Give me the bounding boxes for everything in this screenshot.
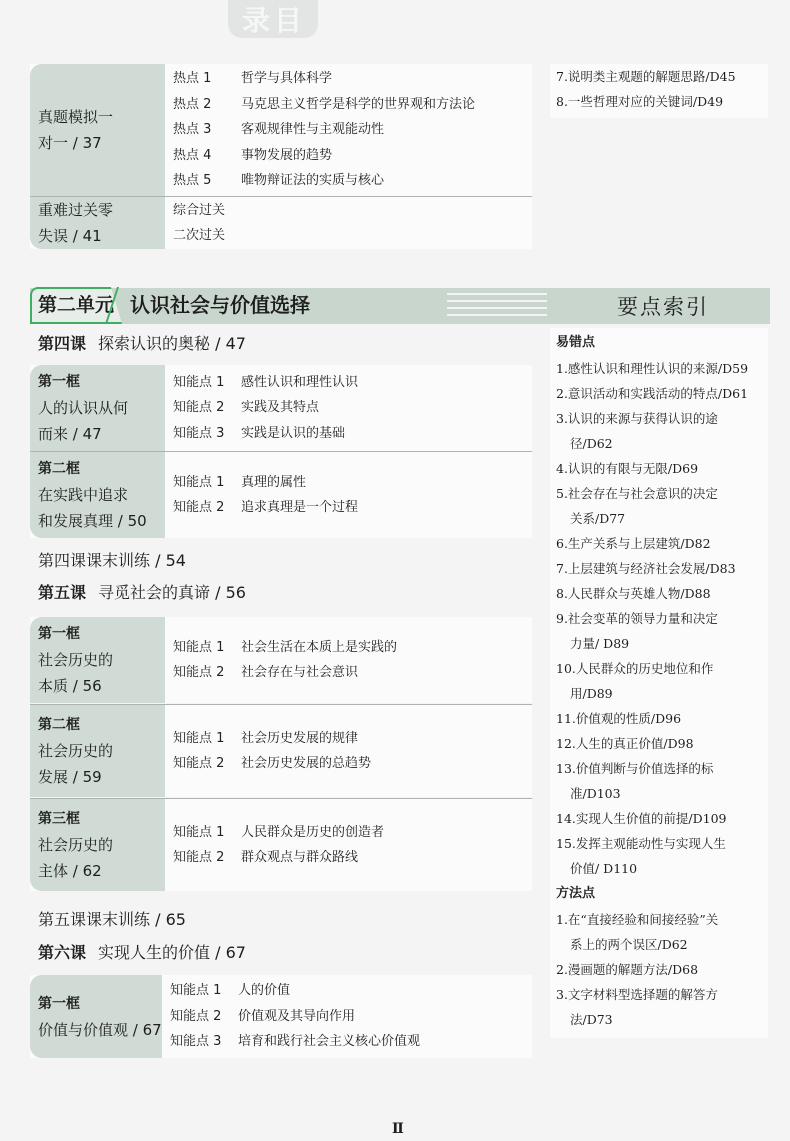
block-side: 重难过关零 失误 / 41 (30, 197, 165, 249)
block-side: 真题模拟一 对一 / 37 (30, 64, 165, 196)
review-item[interactable]: 综合过关 (173, 198, 532, 224)
kp-label: 知能点 2 (173, 395, 241, 421)
frame-side: 第一框 人的认识从何 而来 / 47 (30, 365, 165, 451)
item-text: 事物发展的趋势 (241, 143, 332, 169)
kp-text: 追求真理是一个过程 (241, 495, 358, 521)
lesson-title: 探索认识的奥秘 / 47 (98, 334, 246, 353)
item-label: 热点 3 (173, 117, 241, 143)
kp-text: 实践是认识的基础 (241, 421, 345, 447)
frame-side: 第三框 社会历史的 主体 / 62 (30, 799, 165, 891)
knowledge-point[interactable]: 知能点 2追求真理是一个过程 (173, 495, 532, 521)
kp-label: 知能点 1 (170, 978, 238, 1004)
knowledge-point[interactable]: 知能点 3实践是认识的基础 (173, 421, 532, 447)
index-entry[interactable]: 15.发挥主观能动性与实现人生 (550, 831, 768, 856)
item-label: 热点 5 (173, 168, 241, 194)
knowledge-point[interactable]: 知能点 2群众观点与群众路线 (173, 845, 532, 871)
kp-label: 知能点 1 (173, 820, 241, 846)
index-entry[interactable]: 10.人民群众的历史地位和作 (550, 656, 768, 681)
kp-text: 群众观点与群众路线 (241, 845, 358, 871)
index-entry-cont[interactable]: 径/D62 (550, 431, 768, 456)
index-continued: 7.说明类主观题的解题思路/D45 8.一些哲理对应的关键词/D49 (550, 64, 768, 118)
knowledge-point[interactable]: 知能点 1社会生活在本质上是实践的 (173, 635, 532, 661)
index-entry[interactable]: 1.在“直接经验和间接经验”关 (550, 907, 768, 932)
kp-text: 价值观及其导向作用 (238, 1004, 355, 1030)
frame-items: 知能点 1人民群众是历史的创造者 知能点 2群众观点与群众路线 (165, 799, 532, 891)
index-entry[interactable]: 5.社会存在与社会意识的决定 (550, 481, 768, 506)
block-items: 热点 1哲学与具体科学 热点 2马克思主义哲学是科学的世界观和方法论 热点 3客… (165, 64, 532, 196)
index-entry-cont[interactable]: 法/D73 (550, 1007, 768, 1032)
frame-block[interactable]: 第一框 社会历史的 本质 / 56 知能点 1社会生活在本质上是实践的 知能点 … (30, 617, 532, 703)
index-entry[interactable]: 9.社会变革的领导力量和决定 (550, 606, 768, 631)
index-entry[interactable]: 1.感性认识和理性认识的来源/D59 (550, 356, 768, 381)
index-entry[interactable]: 13.价值判断与价值选择的标 (550, 756, 768, 781)
index-entry[interactable]: 12.人生的真正价值/D98 (550, 731, 768, 756)
knowledge-point[interactable]: 知能点 2社会存在与社会意识 (173, 660, 532, 686)
index-entry[interactable]: 2.意识活动和实践活动的特点/D61 (550, 381, 768, 406)
frame-side: 第二框 在实践中追求 和发展真理 / 50 (30, 452, 165, 538)
frame-line: 本质 / 56 (38, 673, 165, 699)
hotspot-item[interactable]: 热点 4事物发展的趋势 (173, 143, 532, 169)
header-char-right: 目 (274, 0, 304, 39)
knowledge-point[interactable]: 知能点 2价值观及其导向作用 (170, 1004, 532, 1030)
frame-side: 第二框 社会历史的 发展 / 59 (30, 705, 165, 797)
contents-header-tab: 录 目 (228, 0, 318, 38)
side-line: 失误 / 41 (38, 223, 165, 249)
item-text: 综合过关 (173, 198, 225, 224)
hotspot-item[interactable]: 热点 2马克思主义哲学是科学的世界观和方法论 (173, 92, 532, 118)
frame-items: 知能点 1人的价值 知能点 2价值观及其导向作用 知能点 3培育和践行社会主义核… (162, 975, 532, 1058)
kp-label: 知能点 1 (173, 635, 241, 661)
lesson-exercise[interactable]: 第五课课末训练 / 65 (38, 907, 186, 930)
kp-text: 人民群众是历史的创造者 (241, 820, 384, 846)
frame-line: 价值与价值观 / 67 (38, 1017, 162, 1043)
frame-title: 第一框 (38, 621, 165, 647)
banner-decorative-lines (447, 293, 547, 321)
frame-title: 第一框 (38, 369, 165, 395)
hotspot-item[interactable]: 热点 5唯物辩证法的实质与核心 (173, 168, 532, 194)
index-entry[interactable]: 11.价值观的性质/D96 (550, 706, 768, 731)
lesson-exercise[interactable]: 第四课课末训练 / 54 (38, 548, 186, 571)
side-line: 重难过关零 (38, 197, 165, 223)
unit-title: 认识社会与价值选择 (130, 289, 310, 321)
knowledge-point[interactable]: 知能点 2实践及其特点 (173, 395, 532, 421)
index-entry-cont[interactable]: 准/D103 (550, 781, 768, 806)
item-text: 客观规律性与主观能动性 (241, 117, 384, 143)
knowledge-point[interactable]: 知能点 1感性认识和理性认识 (173, 370, 532, 396)
frame-line: 社会历史的 (38, 647, 165, 673)
kp-label: 知能点 1 (173, 470, 241, 496)
index-entry[interactable]: 14.实现人生价值的前提/D109 (550, 806, 768, 831)
index-entry[interactable]: 7.上层建筑与经济社会发展/D83 (550, 556, 768, 581)
item-label: 热点 4 (173, 143, 241, 169)
page-number: Ⅱ (392, 1121, 404, 1137)
kp-label: 知能点 2 (173, 495, 241, 521)
kp-label: 知能点 2 (173, 845, 241, 871)
frame-items: 知能点 1社会历史发展的规律 知能点 2社会历史发展的总趋势 (165, 705, 532, 797)
kp-label: 知能点 3 (173, 421, 241, 447)
index-entry[interactable]: 8.一些哲理对应的关键词/D49 (550, 89, 768, 114)
hotspot-item[interactable]: 热点 3客观规律性与主观能动性 (173, 117, 532, 143)
lesson-number: 第五课 (38, 583, 86, 602)
kp-text: 培育和践行社会主义核心价值观 (238, 1029, 420, 1055)
kp-text: 人的价值 (238, 978, 290, 1004)
index-entry-cont[interactable]: 系上的两个误区/D62 (550, 932, 768, 957)
frame-line: 社会历史的 (38, 832, 165, 858)
frame-title: 第三框 (38, 806, 165, 832)
knowledge-point[interactable]: 知能点 1人民群众是历史的创造者 (173, 820, 532, 846)
kp-text: 社会存在与社会意识 (241, 660, 358, 686)
header-char-left: 录 (242, 0, 272, 39)
index-entry[interactable]: 6.生产关系与上层建筑/D82 (550, 531, 768, 556)
lesson-number: 第六课 (38, 943, 86, 962)
frame-line: 主体 / 62 (38, 858, 165, 884)
side-line: 对一 / 37 (38, 130, 165, 156)
error-points-title: 易错点 (550, 330, 768, 356)
item-label: 热点 2 (173, 92, 241, 118)
item-label: 热点 1 (173, 66, 241, 92)
block-items: 综合过关 二次过关 (165, 197, 532, 249)
kp-text: 实践及其特点 (241, 395, 319, 421)
kp-text: 社会生活在本质上是实践的 (241, 635, 397, 661)
lesson-title: 实现人生的价值 / 67 (98, 943, 246, 962)
frame-block[interactable]: 第三框 社会历史的 主体 / 62 知能点 1人民群众是历史的创造者 知能点 2… (30, 799, 532, 891)
index-entry-cont[interactable]: 价值/ D110 (550, 856, 768, 881)
index-entry-cont[interactable]: 用/D89 (550, 681, 768, 706)
item-text: 哲学与具体科学 (241, 66, 332, 92)
block-mock-exam[interactable]: 真题模拟一 对一 / 37 热点 1哲学与具体科学 热点 2马克思主义哲学是科学… (30, 64, 532, 196)
review-item[interactable]: 二次过关 (173, 223, 532, 249)
frame-block[interactable]: 第二框 社会历史的 发展 / 59 知能点 1社会历史发展的规律 知能点 2社会… (30, 705, 532, 797)
lesson-heading[interactable]: 第四课探索认识的奥秘 / 47 (38, 331, 246, 354)
frame-block[interactable]: 第二框 在实践中追求 和发展真理 / 50 知能点 1真理的属性 知能点 2追求… (30, 452, 532, 538)
frame-side: 第一框 价值与价值观 / 67 (30, 975, 162, 1058)
index-entry-cont[interactable]: 力量/ D89 (550, 631, 768, 656)
frame-title: 第二框 (38, 456, 165, 482)
frame-line: 人的认识从何 (38, 395, 165, 421)
kp-text: 感性认识和理性认识 (241, 370, 358, 396)
kp-text: 社会历史发展的规律 (241, 726, 358, 752)
kp-label: 知能点 1 (173, 726, 241, 752)
index-entry[interactable]: 2.漫画题的解题方法/D68 (550, 957, 768, 982)
kp-label: 知能点 2 (170, 1004, 238, 1030)
knowledge-point[interactable]: 知能点 1社会历史发展的规律 (173, 726, 532, 752)
item-text: 唯物辩证法的实质与核心 (241, 168, 384, 194)
lesson-heading[interactable]: 第六课实现人生的价值 / 67 (38, 940, 246, 963)
kp-label: 知能点 1 (173, 370, 241, 396)
lesson-heading[interactable]: 第五课寻觅社会的真谛 / 56 (38, 580, 246, 603)
kp-text: 社会历史发展的总趋势 (241, 751, 371, 777)
hotspot-item[interactable]: 热点 1哲学与具体科学 (173, 66, 532, 92)
index-entry[interactable]: 3.文字材料型选择题的解答方 (550, 982, 768, 1007)
kp-label: 知能点 2 (173, 751, 241, 777)
frame-line: 而来 / 47 (38, 421, 165, 447)
lesson-title: 寻觅社会的真谛 / 56 (98, 583, 246, 602)
knowledge-point[interactable]: 知能点 1真理的属性 (173, 470, 532, 496)
side-line: 真题模拟一 (38, 104, 165, 130)
frame-line: 在实践中追求 (38, 482, 165, 508)
lesson-number: 第四课 (38, 334, 86, 353)
key-points-index: 易错点 1.感性认识和理性认识的来源/D59 2.意识活动和实践活动的特点/D6… (550, 328, 768, 1038)
frame-line: 和发展真理 / 50 (38, 508, 165, 534)
frame-title: 第二框 (38, 712, 165, 738)
knowledge-point[interactable]: 知能点 2社会历史发展的总趋势 (173, 751, 532, 777)
knowledge-point[interactable]: 知能点 1人的价值 (170, 978, 532, 1004)
frame-title: 第一框 (38, 991, 162, 1017)
index-entry[interactable]: 4.认识的有限与无限/D69 (550, 456, 768, 481)
index-entry[interactable]: 8.人民群众与英雄人物/D88 (550, 581, 768, 606)
knowledge-point[interactable]: 知能点 3培育和践行社会主义核心价值观 (170, 1029, 532, 1055)
index-entry-cont[interactable]: 关系/D77 (550, 506, 768, 531)
frame-items: 知能点 1真理的属性 知能点 2追求真理是一个过程 (165, 452, 532, 538)
frame-items: 知能点 1感性认识和理性认识 知能点 2实践及其特点 知能点 3实践是认识的基础 (165, 365, 532, 451)
method-points-title: 方法点 (550, 881, 768, 907)
frame-block[interactable]: 第一框 人的认识从何 而来 / 47 知能点 1感性认识和理性认识 知能点 2实… (30, 365, 532, 451)
item-text: 马克思主义哲学是科学的世界观和方法论 (241, 92, 475, 118)
frame-items: 知能点 1社会生活在本质上是实践的 知能点 2社会存在与社会意识 (165, 617, 532, 703)
frame-side: 第一框 社会历史的 本质 / 56 (30, 617, 165, 703)
index-entry[interactable]: 3.认识的来源与获得认识的途 (550, 406, 768, 431)
item-text: 二次过关 (173, 223, 225, 249)
frame-block[interactable]: 第一框 价值与价值观 / 67 知能点 1人的价值 知能点 2价值观及其导向作用… (30, 975, 532, 1058)
kp-text: 真理的属性 (241, 470, 306, 496)
kp-label: 知能点 3 (170, 1029, 238, 1055)
frame-line: 发展 / 59 (38, 764, 165, 790)
index-title: 要点索引 (617, 291, 709, 321)
block-zero-errors[interactable]: 重难过关零 失误 / 41 综合过关 二次过关 (30, 197, 532, 249)
index-entry[interactable]: 7.说明类主观题的解题思路/D45 (550, 64, 768, 89)
kp-label: 知能点 2 (173, 660, 241, 686)
frame-line: 社会历史的 (38, 738, 165, 764)
